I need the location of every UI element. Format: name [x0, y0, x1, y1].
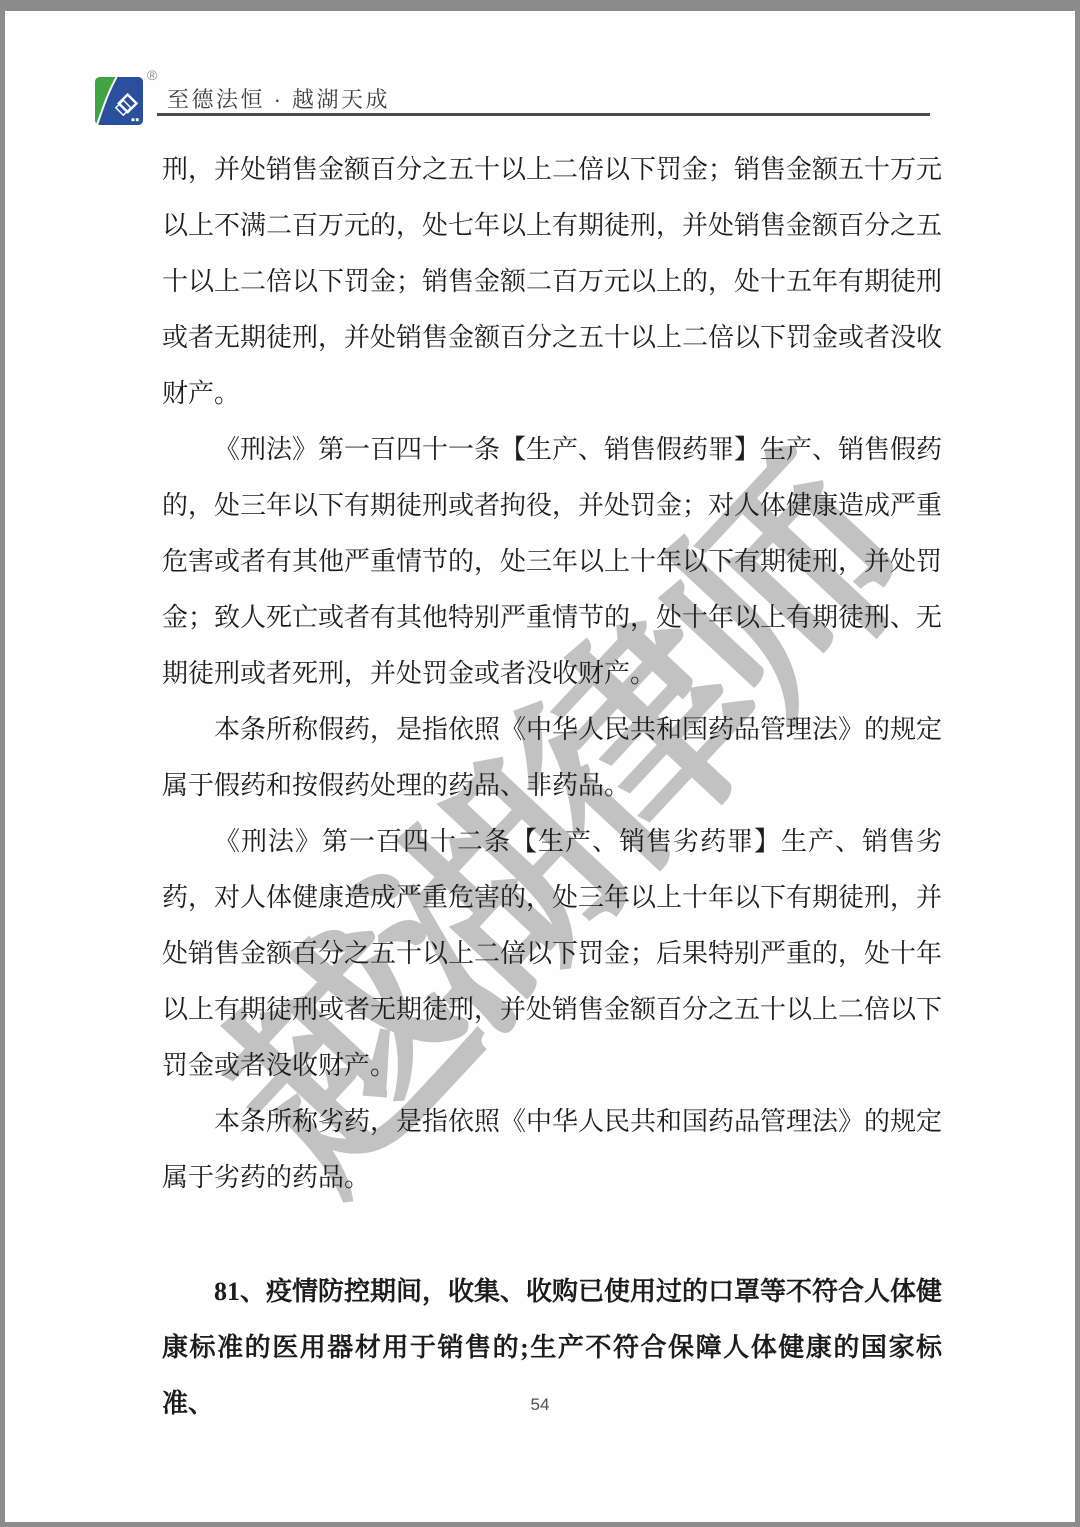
- paragraph-criminal-law-article-142: 《刑法》第一百四十二条【生产、销售劣药罪】生产、销售劣药，对人体健康造成严重危害…: [162, 814, 942, 1094]
- scanned-document-page: 越湖律师 ® 至德法恒 · 越湖天成 刑，并处销售金额百分之五十以上二倍以下罚金…: [0, 0, 1080, 1527]
- brand-text: 至德法恒 · 越湖天成: [167, 83, 390, 114]
- law-firm-logo: [95, 77, 143, 125]
- paragraph-inferior-drug-definition: 本条所称劣药，是指依照《中华人民共和国药品管理法》的规定属于劣药的药品。: [162, 1094, 942, 1206]
- registered-trademark-icon: ®: [147, 67, 157, 83]
- paragraph-fake-drug-definition: 本条所称假药，是指依照《中华人民共和国药品管理法》的规定属于假药和按假药处理的药…: [162, 702, 942, 814]
- header-divider: [157, 113, 930, 116]
- document-body: 刑，并处销售金额百分之五十以上二倍以下罚金；销售金额五十万元以上不满二百万元的，…: [162, 142, 942, 1432]
- paragraph-sentencing-continuation: 刑，并处销售金额百分之五十以上二倍以下罚金；销售金额五十万元以上不满二百万元的，…: [162, 142, 942, 422]
- paper: 越湖律师 ® 至德法恒 · 越湖天成 刑，并处销售金额百分之五十以上二倍以下罚金…: [5, 11, 1075, 1522]
- paragraph-criminal-law-article-141: 《刑法》第一百四十一条【生产、销售假药罪】生产、销售假药的，处三年以下有期徒刑或…: [162, 422, 942, 702]
- page-number: 54: [5, 1395, 1075, 1415]
